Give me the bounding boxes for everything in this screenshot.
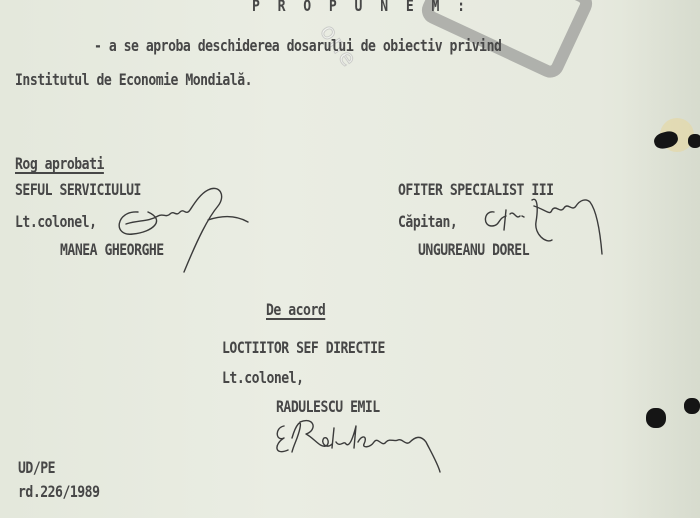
proposal-line-1: - a se aproba deschiderea dosarului de o… [94,36,501,55]
proposal-heading: P R O P U N E M : [252,0,470,15]
footer-initials: UD/PE [18,458,55,477]
service-chief-rank: Lt.colonel, [15,212,96,231]
deputy-director-rank: Lt.colonel, [222,368,303,387]
agreement-label: De acord [266,300,325,319]
punch-hole-icon [646,408,666,428]
signature-radulescu-icon [270,408,460,478]
request-approval-label: Rog aprobati [15,154,104,173]
signature-manea-icon [108,182,268,277]
punch-hole-icon [684,398,700,414]
deputy-director-title: LOCTIITOR SEF DIRECTIE [222,338,385,357]
signature-ungureanu-icon [476,190,616,260]
page-shadow [620,0,700,518]
punch-hole-icon [688,134,700,148]
footer-reference: rd.226/1989 [18,482,99,501]
document-page: one P R O P U N E M : - a se aproba desc… [0,0,700,518]
specialist-officer-rank: Căpitan, [398,212,457,231]
proposal-line-2: Institutul de Economie Mondială. [15,70,252,89]
